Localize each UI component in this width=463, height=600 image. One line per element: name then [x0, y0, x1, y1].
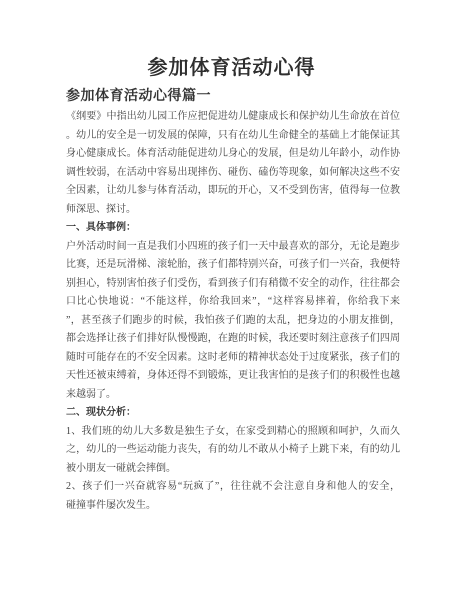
section-heading: 二、现状分析：	[66, 404, 400, 423]
paragraph-line: 碰撞事件屡次发生。	[66, 497, 400, 516]
document-title: 参加体育活动心得	[0, 51, 463, 80]
paragraph-line: 随时可能存在的不安全因素。这时老师的精神状态处于过度紧张，孩子们的	[66, 349, 400, 368]
paragraph-line: 比赛，还是玩滑梯、滚轮胎，孩子们都特别兴奋，可孩子们一兴奋，我便特	[66, 256, 400, 275]
paragraph-line: ”，甚至孩子们跑步的时候，我怕孩子们跑的太乱，把身边的小朋友推倒，	[66, 312, 400, 331]
paragraph-line: 2、孩子们一兴奋就容易“玩疯了”，往往就不会注意自身和他人的安全，	[66, 478, 400, 497]
paragraph-line: 口比心快地说：“不能这样，你给我回来”，“这样容易摔着，你给我下来	[66, 293, 400, 312]
paragraph-line: 《纲要》中指出幼儿园工作应把促进幼儿健康成长和保护幼儿生命放在首位	[66, 108, 400, 127]
paragraph-line: 之，幼儿的一些运动能力丧失，有的幼儿不敢从小椅子上跳下来，有的幼儿	[66, 441, 400, 460]
paragraph-line: 调性较弱，在活动中容易出现摔伤、碰伤、磕伤等现象，如何解决这些不安	[66, 164, 400, 183]
paragraph-line: 。幼儿的安全是一切发展的保障，只有在幼儿生命健全的基础上才能保证其	[66, 127, 400, 146]
paragraph-line: 被小朋友一碰就会摔倒。	[66, 460, 400, 479]
document-body: 《纲要》中指出幼儿园工作应把促进幼儿健康成长和保护幼儿生命放在首位。幼儿的安全是…	[66, 108, 400, 515]
paragraph-line: 都会选择让孩子们排好队慢慢跑，在跑的时候，我还要时刻注意孩子们四周	[66, 330, 400, 349]
paragraph-line: 全因素，让幼儿参与体育活动，即玩的开心，又不受到伤害，值得每一位教	[66, 182, 400, 201]
section-title: 参加体育活动心得篇一	[66, 85, 211, 105]
paragraph-line: 师深思、探讨。	[66, 201, 400, 220]
paragraph-line: 身心健康成长。体育活动能促进幼儿身心的发展，但是幼儿年龄小，动作协	[66, 145, 400, 164]
paragraph-line: 别担心，特别害怕孩子们受伤，看到孩子们有稍微不安全的动作，往往都会	[66, 275, 400, 294]
paragraph-line: 户外活动时间一直是我们小四班的孩子们一天中最喜欢的部分，无论是跑步	[66, 238, 400, 257]
paragraph-line: 来越弱了。	[66, 386, 400, 405]
paragraph-line: 天性还被束缚着，身体还得不到锻炼，更让我害怕的是孩子们的积极性也越	[66, 367, 400, 386]
document-page: 参加体育活动心得 参加体育活动心得篇一 《纲要》中指出幼儿园工作应把促进幼儿健康…	[0, 0, 463, 600]
section-heading: 一、具体事例：	[66, 219, 400, 238]
paragraph-line: 1、我们班的幼儿大多数是独生子女，在家受到精心的照顾和呵护，久而久	[66, 423, 400, 442]
